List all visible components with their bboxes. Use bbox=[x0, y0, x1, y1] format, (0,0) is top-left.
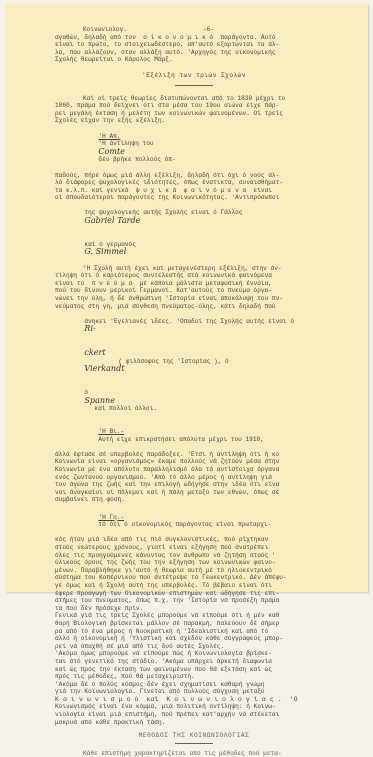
text-line: στούς νεώτερους χρόνους, γιατί είναι εξή… bbox=[55, 544, 333, 552]
paragraph-label: 'Η Απ. bbox=[98, 133, 120, 140]
text-line: ύλικούς όρους της ζωής του την εξήγηση τ… bbox=[55, 559, 333, 567]
page-number: -6- bbox=[203, 26, 214, 34]
text-line: άνηκει 'Εγελιανές ιδέες. 'Οπαδοί της Σχο… bbox=[55, 310, 333, 341]
text-line: πού του δίνουν μερικοί Γερμανοί. Κατ'αυτ… bbox=[55, 287, 333, 295]
heading-underline bbox=[175, 85, 213, 86]
handwritten-name-comte: Comte bbox=[98, 147, 125, 156]
text-line: μένων. Παραβλήθηκε γι'αυτό ή θεωρία αυτή… bbox=[55, 567, 333, 575]
text-span: Αυτή είχε επικρατήσει απόλυτα μέχρι του … bbox=[98, 436, 263, 443]
text-line: καί ό γερμανός G. Simmel bbox=[55, 233, 333, 264]
handwritten-ri: Ri- bbox=[84, 324, 95, 333]
text-line: 'Η Σχολή αυτή έχει καί μεταγενέστερη εξέ… bbox=[55, 265, 333, 273]
text-line: νεύματος στη γη, μιά σύνθεση πνεύματος-ύ… bbox=[55, 303, 333, 311]
paragraph-label: 'Η Βι.- bbox=[98, 428, 124, 435]
text-line: 'Η Απ. 'Η άντίληψη του Comte δέν βρήκε π… bbox=[55, 125, 333, 172]
text-line: λα, που αλλάζουν, όταν αλλάξη αυτό. 'Αρχ… bbox=[55, 49, 333, 57]
text-line: τίληψη ότι ό καριότερος συντελεστής στά … bbox=[55, 272, 333, 280]
section-heading-evolution: 'Εξέλιξη των τριών Σχολών bbox=[55, 72, 333, 80]
running-head: Κοινωνιολογ. bbox=[83, 26, 203, 34]
text-line: Κοινωνία είναι «οργανισμός» έκαμε πολλού… bbox=[55, 458, 333, 466]
text-span: τό ότι ό οίκονομικός παράγοντας είναι πρ… bbox=[98, 521, 271, 528]
typewritten-page: Κοινωνιολογ. -6- αγαθών, δηλαδή από τον … bbox=[6, 4, 368, 592]
paragraph-1: Καί οί τρεϊς θεωρίες διατυπώνονται από τ… bbox=[55, 95, 333, 125]
paragraph-label: 'Η Γη.- bbox=[98, 514, 124, 521]
handwritten-name-rickert: ckert bbox=[84, 348, 105, 357]
text-line: τον άγώνα της ζωής καί την επιλογή ώδήγη… bbox=[55, 481, 333, 489]
paragraph-5: 'Η Γη.- τό ότι ό οίκονομικός παράγοντας … bbox=[55, 506, 333, 600]
text-line: όλες τις προηγούμενες κάνοντας τον άνθρω… bbox=[55, 552, 333, 560]
text-line: ό Spanne καί πολλοί άλλοι. bbox=[55, 382, 333, 421]
text-line: τα κ.λ.π. καί γενικά ψ υ χ ι κ ά φ α ι ν… bbox=[55, 187, 333, 195]
handwritten-name-tarde: Gabriel Tarde bbox=[84, 216, 140, 225]
text-line: ενός ζωντανού οργανισμού. 'Από τό άλλο μ… bbox=[55, 474, 333, 482]
handwritten-name-vierkandt: Vierkandt bbox=[84, 364, 124, 373]
text-line: είναι το πρώτο, το στοιχειωδέστερο, απ'α… bbox=[55, 41, 333, 49]
text-span: άνηκει 'Εγελιανές ιδέες. 'Οπαδοί της Σχο… bbox=[84, 318, 294, 325]
text-line: 'Η Βι.- Αυτή είχε επικρατήσει απόλυτα μέ… bbox=[55, 421, 333, 451]
text-line: Καί οί τρεϊς θεωρίες διατυπώνονται από τ… bbox=[55, 95, 333, 103]
text-line: ναι άναγκαίοι οί πόλεμοι καί ή πάλη μετα… bbox=[55, 489, 333, 497]
text-line: έφερε προαγωγή των Οικονομικών επιστημών… bbox=[55, 590, 333, 598]
paragraph-2: 'Η Απ. 'Η άντίληψη του Comte δέν βρήκε π… bbox=[55, 125, 333, 265]
text-line: Σχολής θεωρείται ο Κάρολος Μάρξ. bbox=[55, 56, 333, 64]
page-header: Κοινωνιολογ. -6- bbox=[55, 26, 333, 34]
text-line: νώνει την ύλη, ή δέ άνθρώπινη 'Ιστορία ε… bbox=[55, 295, 333, 303]
handwritten-name-spann: Spanne bbox=[84, 396, 115, 405]
text-line: Σχολές είχαν την εξής εξέλιξη. bbox=[55, 117, 333, 125]
text-line: της ψυχολογικής αυτής Σχολής είναι ό Γάλ… bbox=[55, 202, 333, 233]
text-line: Κοινωνία μέ ένα απόλυτο παραλληλισμό όλα… bbox=[55, 466, 333, 474]
intro-paragraph: αγαθών, δηλαδή από τον ο ί κ ο ν ο μ ι κ… bbox=[55, 34, 333, 64]
text-line: σύστημα του Κοπέρνικου πού άντέτρεψε τό … bbox=[55, 574, 333, 582]
text-line: κός ήταν μιά ιδέα από τις πιό συγκλονιστ… bbox=[55, 536, 333, 544]
paragraph-3: 'Η Σχολή αυτή έχει καί μεταγενέστερη εξέ… bbox=[55, 265, 333, 421]
page-content: Κοινωνιολογ. -6- αγαθών, δηλαδή από τον … bbox=[55, 26, 333, 600]
text-line: είναι το π ν ε ύ μ α μέ κάποια μάλιστα μ… bbox=[55, 280, 333, 288]
text-line: συμβαίνει στη φύση. bbox=[55, 496, 333, 504]
text-line: ρει μεγάλη έκταση ή μελέτη των κοινωνικώ… bbox=[55, 110, 333, 118]
text-line: 'Η Γη.- τό ότι ό οίκονομικός παράγοντας … bbox=[55, 506, 333, 536]
text-line: 1860, πράμα πού δείχνει ότι στα μέσα του… bbox=[55, 102, 333, 110]
text-line: αγαθών, δηλαδή από τον ο ί κ ο ν ο μ ι κ… bbox=[55, 34, 333, 42]
text-line: οί σπουδαιότεροι παράγοντες της Κοινωνικ… bbox=[55, 194, 333, 202]
text-line: γε όμως καί ή Σχολή αυτή της υπερβολές. … bbox=[55, 582, 333, 590]
handwritten-name-simmel: G. Simmel bbox=[84, 247, 126, 256]
text-line: λά διάφορες ψυχολογικές ιδιότητες, όπως … bbox=[55, 179, 333, 187]
text-line: ckert ( φιλόσοφος της 'Ιστορίας ), ό Vie… bbox=[55, 342, 333, 382]
text-line: άλλά έφτασε σέ υπερβολές παράδοξες. 'Ετσ… bbox=[55, 451, 333, 459]
paragraph-4: 'Η Βι.- Αυτή είχε επικρατήσει απόλυτα μέ… bbox=[55, 421, 333, 505]
text-span: δέν βρήκε πολλούς όπ- bbox=[98, 156, 175, 163]
text-line: παδούς, πήρε όμως μιά άλλη εξέλιξη, δηλα… bbox=[55, 172, 333, 180]
text-span: καί πολλοί άλλοι. bbox=[84, 405, 157, 412]
